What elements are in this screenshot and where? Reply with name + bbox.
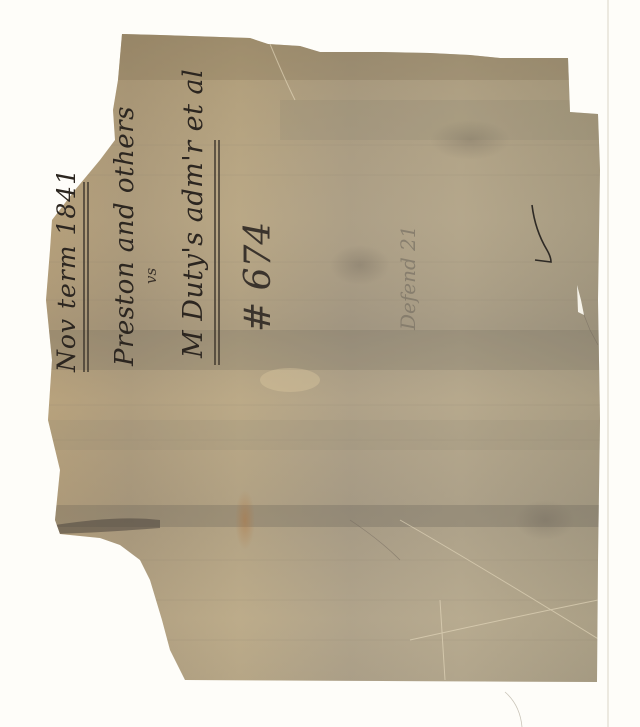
docket-case-number: # 674	[238, 222, 279, 332]
pencil-annotation: Defend 21	[396, 225, 420, 330]
docket-plaintiff: Preston and others	[110, 106, 140, 366]
docket-defendant: M Duty's adm'r et al	[178, 69, 209, 358]
docket-term: Nov term 1841	[52, 168, 81, 372]
docket-versus: vs	[142, 268, 160, 284]
check-mark-icon	[527, 200, 557, 270]
aged-paper-sheet	[0, 0, 640, 727]
